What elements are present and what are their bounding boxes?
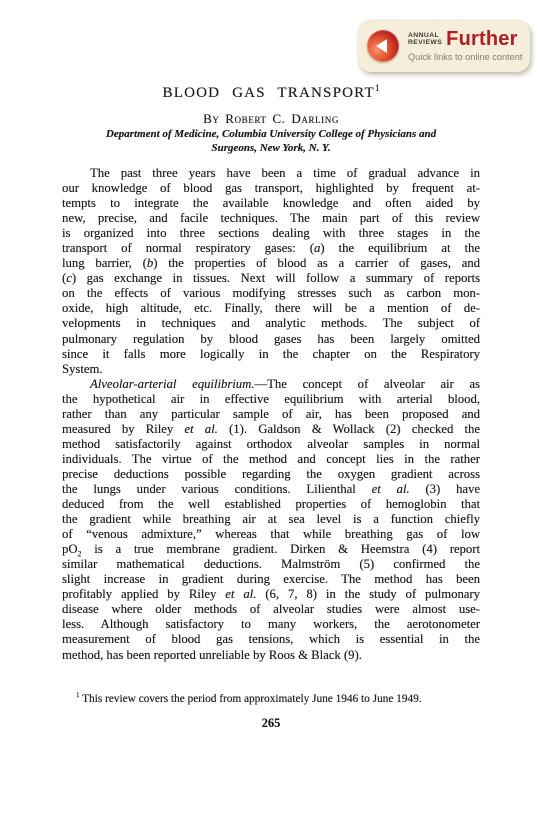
text-line: less. Although satisfactory to many work… [62,617,480,632]
badge-subtitle: Quick links to online content [408,52,526,62]
text-line: method, has been reported unreliable by … [62,648,480,663]
text-line: lung barrier, (b) the properties of bloo… [62,256,480,271]
brand-line-reviews: REVIEWS [408,39,442,47]
text-line: disease where older methods of alveolar … [62,602,480,617]
text-line: individuals. The virtue of the method an… [62,452,480,467]
article-title-text: BLOOD GAS TRANSPORT [163,85,375,101]
text-line: similar mathematical deductions. Malmstr… [62,557,480,572]
further-wordmark: Further [446,29,517,49]
text-line: the hypothetical air in effective equili… [62,392,480,407]
text-line: the lungs under various conditions. Lili… [62,482,480,497]
affiliation-line-2: Surgeons, New York, N. Y. [0,142,542,156]
text-line: oxide, high altitude, etc. Finally, ther… [62,301,480,316]
text-line: our knowledge of blood gas transport, hi… [62,181,480,196]
text-line: System. [62,362,480,377]
text-line: tempts to integrate the available knowle… [62,196,480,211]
text-line: velopments in techniques and analytic me… [62,316,480,331]
further-arrow-icon[interactable] [367,30,399,62]
text-line: pO2 is a true membrane gradient. Dirken … [62,542,480,557]
text-line: pulmonary regulation by blood gases has … [62,332,480,347]
text-line: rather than any particular sample of air… [62,407,480,422]
article-title: BLOOD GAS TRANSPORT1 [0,85,542,102]
text-line: (c) gas exchange in tissues. Next will f… [62,271,480,286]
text-line: profitably applied by Riley et al. (6, 7… [62,587,480,602]
text-line: slight increase in gradient during exerc… [62,572,480,587]
page-number: 265 [0,716,542,731]
footnote: 1 This review covers the period from app… [62,693,480,706]
journal-page: ANNUAL REVIEWS Further Quick links to on… [0,0,542,816]
badge-top-row: ANNUAL REVIEWS Further [408,29,526,49]
brand-line-annual: ANNUAL [408,32,442,40]
text-line: since it falls more logically in the cha… [62,347,480,362]
text-line: on the effects of various modifying stre… [62,286,480,301]
left-arrow-glyph [376,39,387,53]
badge-text-block: ANNUAL REVIEWS Further Quick links to on… [408,29,526,62]
affiliation-line-1: Department of Medicine, Columbia Univers… [0,128,542,142]
title-footnote-marker: 1 [375,84,380,94]
text-line: Alveolar-arterial equilibrium.—The conce… [62,377,480,392]
article-affiliation: Department of Medicine, Columbia Univers… [0,128,542,155]
text-line: new, precise, and facile techniques. The… [62,211,480,226]
annual-reviews-logo: ANNUAL REVIEWS [408,32,442,47]
text-line: deduced from the well established proper… [62,497,480,512]
text-line: of “venous admixture,” whereas that whil… [62,527,480,542]
text-line: measured by Riley et al. (1). Galdson & … [62,422,480,437]
text-line: measurement of blood gas tensions, which… [62,632,480,647]
article-body: The past three years have been a time of… [62,166,480,663]
article-byline: By Robert C. Darling [0,111,542,127]
text-line: The past three years have been a time of… [62,166,480,181]
text-line: method satisfactorily against orthodox a… [62,437,480,452]
annual-reviews-further-badge[interactable]: ANNUAL REVIEWS Further Quick links to on… [358,20,530,72]
text-line: is organized into three sections dealing… [62,226,480,241]
text-line: transport of normal respiratory gases: (… [62,241,480,256]
text-line: precise deductions possible regarding th… [62,467,480,482]
text-line: the gradient while breathing air at sea … [62,512,480,527]
